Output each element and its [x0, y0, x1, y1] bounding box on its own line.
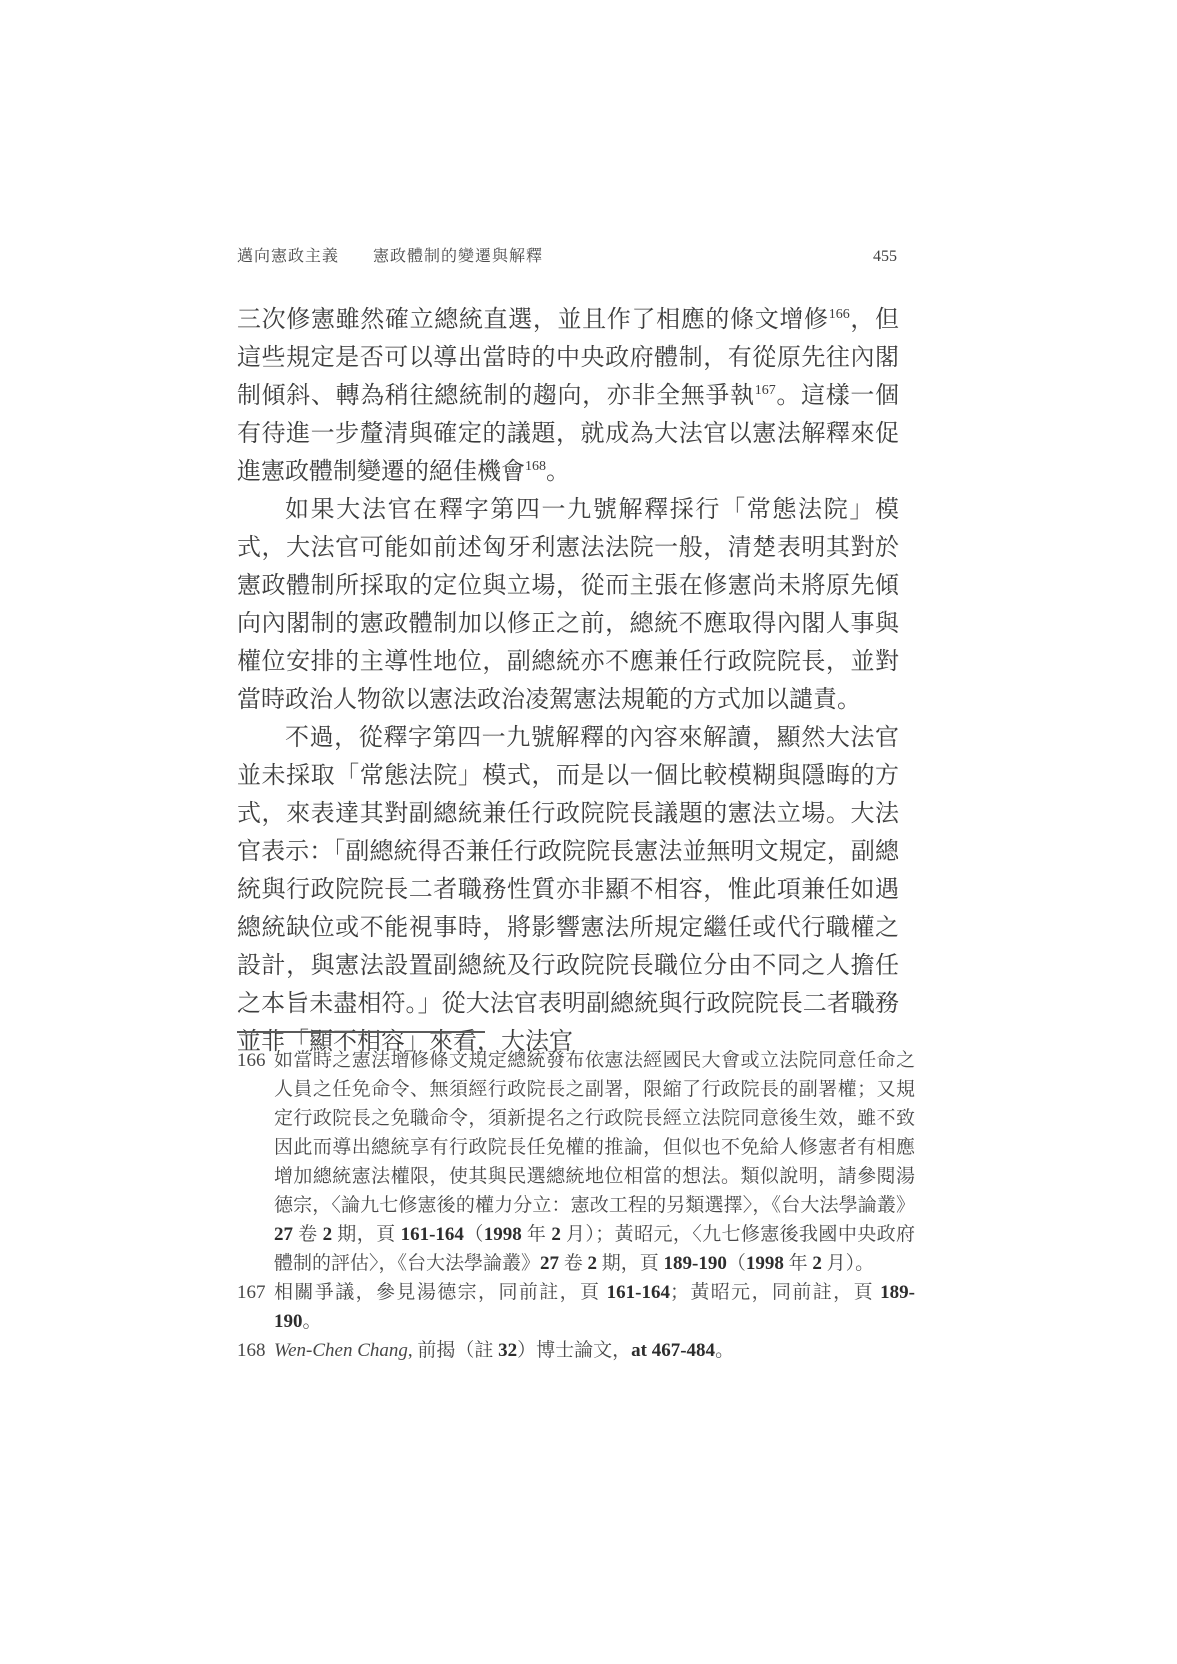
text-run: 如當時之憲法增修條文規定總統發布依憲法經國民大會或立法院同意任命之人員之任免命令…	[274, 1050, 915, 1216]
text-run: 期，頁	[332, 1224, 400, 1245]
text-run: 年	[522, 1224, 552, 1245]
footnote-separator	[237, 1031, 485, 1033]
text-run: at 467-484	[631, 1340, 715, 1361]
text-run: 卷	[293, 1224, 323, 1245]
text-run: ；黃昭元，同前註，頁	[670, 1282, 880, 1303]
text-run: 1998	[746, 1253, 784, 1274]
text-run: 三次修憲雖然確立總統直選，並且作了相應的條文增修	[237, 307, 829, 333]
footnote-text: Wen-Chen Chang, 前揭（註 32）博士論文，at 467-484。	[274, 1336, 915, 1365]
footnote-ref: 166	[829, 307, 850, 322]
text-run: ）博士論文，	[517, 1340, 631, 1361]
footnote-item: 166如當時之憲法增修條文規定總統發布依憲法經國民大會或立法院同意任命之人員之任…	[237, 1046, 915, 1278]
body-paragraph: 如果大法官在釋字第四一九號解釋採行「常態法院」模式，大法官可能如前述匈牙利憲法法…	[237, 491, 899, 719]
text-run: 2	[323, 1224, 333, 1245]
text-run: Wen-Chen Chang	[274, 1340, 408, 1361]
body-paragraph: 三次修憲雖然確立總統直選，並且作了相應的條文增修166，但這些規定是否可以導出當…	[237, 301, 899, 491]
text-run: 161-164	[401, 1224, 464, 1245]
text-run: 189-190	[664, 1253, 727, 1274]
footnote-text: 如當時之憲法增修條文規定總統發布依憲法經國民大會或立法院同意任命之人員之任免命令…	[274, 1046, 915, 1278]
footnote-ref: 168	[525, 459, 546, 474]
text-run: 卷	[559, 1253, 588, 1274]
text-run: 不過，從釋字第四一九號解釋的內容來解讀，顯然大法官並未採取「常態法院」模式，而是…	[237, 725, 899, 1055]
text-run: 月）。	[822, 1253, 874, 1274]
body-text: 三次修憲雖然確立總統直選，並且作了相應的條文增修166，但這些規定是否可以導出當…	[237, 301, 899, 1061]
document-page: 邁向憲政主義 憲政體制的變遷與解釋 455 三次修憲雖然確立總統直選，並且作了相…	[0, 0, 1177, 1664]
footnote-text: 相關爭議，參見湯德宗，同前註，頁 161-164；黃昭元，同前註，頁 189-1…	[274, 1278, 915, 1336]
text-run: 。	[715, 1340, 734, 1361]
text-run: 如果大法官在釋字第四一九號解釋採行「常態法院」模式，大法官可能如前述匈牙利憲法法…	[237, 497, 899, 713]
text-run: 2	[588, 1253, 598, 1274]
running-header: 邁向憲政主義 憲政體制的變遷與解釋 455	[237, 243, 897, 266]
page-number: 455	[873, 248, 897, 266]
footnotes: 166如當時之憲法增修條文規定總統發布依憲法經國民大會或立法院同意任命之人員之任…	[237, 1046, 915, 1365]
text-run: 2	[551, 1224, 561, 1245]
text-run: 。	[303, 1311, 322, 1332]
text-run: 期，頁	[597, 1253, 664, 1274]
footnote-ref: 167	[755, 383, 776, 398]
text-run: 2	[812, 1253, 822, 1274]
text-run: （	[464, 1224, 484, 1245]
chapter-title: 憲政體制的變遷與解釋	[373, 243, 543, 266]
footnote-item: 167相關爭議，參見湯德宗，同前註，頁 161-164；黃昭元，同前註，頁 18…	[237, 1278, 915, 1336]
text-run: 。	[546, 459, 570, 485]
text-run: , 前揭（註	[408, 1340, 498, 1361]
text-run: 1998	[484, 1224, 522, 1245]
text-run: 32	[498, 1340, 517, 1361]
text-run: 27	[274, 1224, 293, 1245]
body-paragraph: 不過，從釋字第四一九號解釋的內容來解讀，顯然大法官並未採取「常態法院」模式，而是…	[237, 719, 899, 1061]
text-run: 相關爭議，參見湯德宗，同前註，頁	[274, 1282, 607, 1303]
text-run: （	[727, 1253, 746, 1274]
footnote-number: 166	[237, 1046, 274, 1278]
header-titles: 邁向憲政主義 憲政體制的變遷與解釋	[237, 243, 543, 266]
footnote-number: 167	[237, 1278, 274, 1336]
footnote-number: 168	[237, 1336, 274, 1365]
book-title: 邁向憲政主義	[237, 243, 339, 266]
text-run: 年	[784, 1253, 813, 1274]
text-run: 161-164	[607, 1282, 670, 1303]
text-run: 27	[540, 1253, 559, 1274]
footnote-item: 168Wen-Chen Chang, 前揭（註 32）博士論文，at 467-4…	[237, 1336, 915, 1365]
